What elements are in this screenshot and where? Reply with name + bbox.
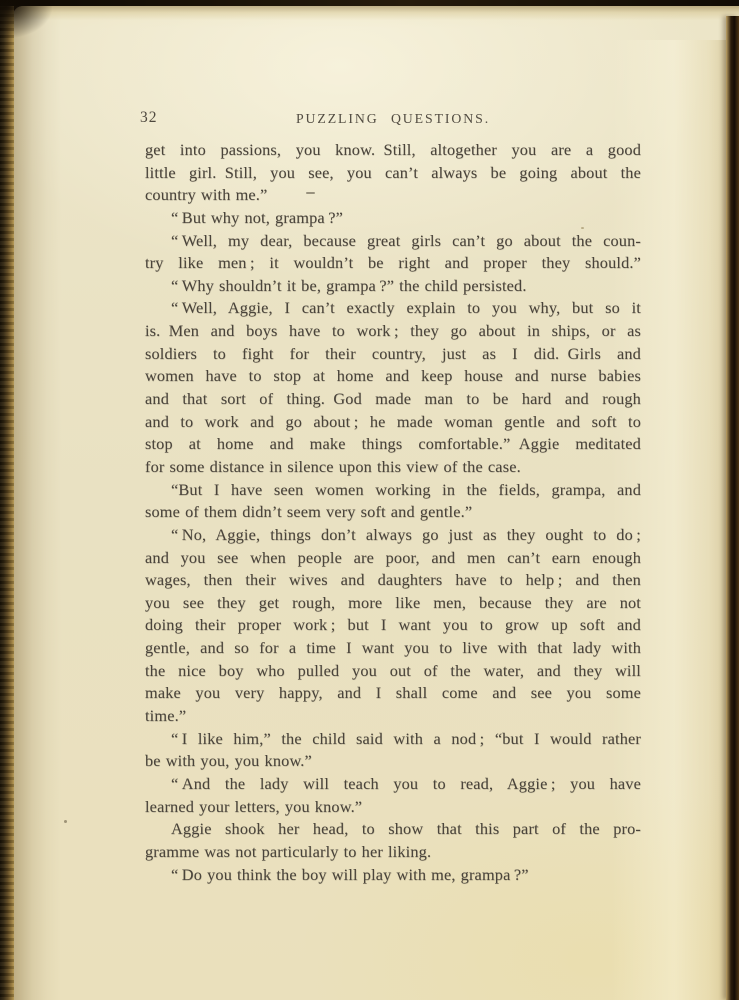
text-line: for some distance in silence upon this v… [145, 456, 641, 479]
text-line: some of them didn’t seem very soft and g… [145, 501, 641, 524]
scan-speck [64, 820, 67, 823]
binding-corner [0, 0, 52, 38]
text-line: little girl. Still, you see, you can’t a… [145, 162, 641, 185]
text-line: time.” [145, 705, 641, 728]
text-line: and that sort of thing. God made man to … [145, 388, 641, 411]
gutter-shadow [13, 6, 61, 1000]
text-line: country with me.” [145, 184, 641, 207]
text-line: “ Well, my dear, because great girls can… [145, 230, 641, 253]
text-line: “ Do you think the boy will play with me… [145, 864, 641, 887]
text-line: “ And the lady will teach you to read, A… [145, 773, 641, 796]
text-line: women have to stop at home and keep hous… [145, 365, 641, 388]
text-line: be with you, you know.” [145, 750, 641, 773]
text-line: “But I have seen women working in the fi… [145, 479, 641, 502]
text-line: stop at home and make things comfortable… [145, 433, 641, 456]
text-line: you see they get rough, more like men, b… [145, 592, 641, 615]
text-line: gramme was not particularly to her likin… [145, 841, 641, 864]
text-line: and you see when people are poor, and me… [145, 547, 641, 570]
text-line: “ No, Aggie, things don’t always go just… [145, 524, 641, 547]
text-line: wages, then their wives and daughters ha… [145, 569, 641, 592]
text-line: try like men ; it wouldn’t be right and … [145, 252, 641, 275]
text-line: “ But why not, grampa ?” [145, 207, 641, 230]
page-stack-top-edge [13, 6, 739, 28]
text-line: and to work and go about ; he made woman… [145, 411, 641, 434]
text-line: “ I like him,” the child said with a nod… [145, 728, 641, 751]
text-line: “ Why shouldn’t it be, grampa ?” the chi… [145, 275, 641, 298]
scan-speck [267, 876, 269, 878]
text-block: get into passions, you know. Still, alto… [145, 139, 641, 886]
running-head: PUZZLING QUESTIONS. [145, 111, 641, 127]
text-line: soldiers to fight for their country, jus… [145, 343, 641, 366]
text-line: get into passions, you know. Still, alto… [145, 139, 641, 162]
text-line: is. Men and boys have to work ; they go … [145, 320, 641, 343]
scan-speck [581, 227, 584, 229]
book-top-edge [0, 0, 739, 6]
text-line: the nice boy who pulled you out of the w… [145, 660, 641, 683]
text-line: Aggie shook her head, to show that this … [145, 818, 641, 841]
scan-speck [306, 192, 315, 194]
book-binding-left [0, 0, 14, 1000]
text-line: doing their proper work ; but I want you… [145, 614, 641, 637]
text-line: “ Well, Aggie, I can’t exactly explain t… [145, 297, 641, 320]
text-line: learned your letters, you know.” [145, 796, 641, 819]
book-right-edge [726, 16, 739, 1000]
text-line: make you very happy, and I shall come an… [145, 682, 641, 705]
book-scan: 32 PUZZLING QUESTIONS. get into passions… [0, 0, 739, 1000]
text-line: gentle, and so for a time I want you to … [145, 637, 641, 660]
